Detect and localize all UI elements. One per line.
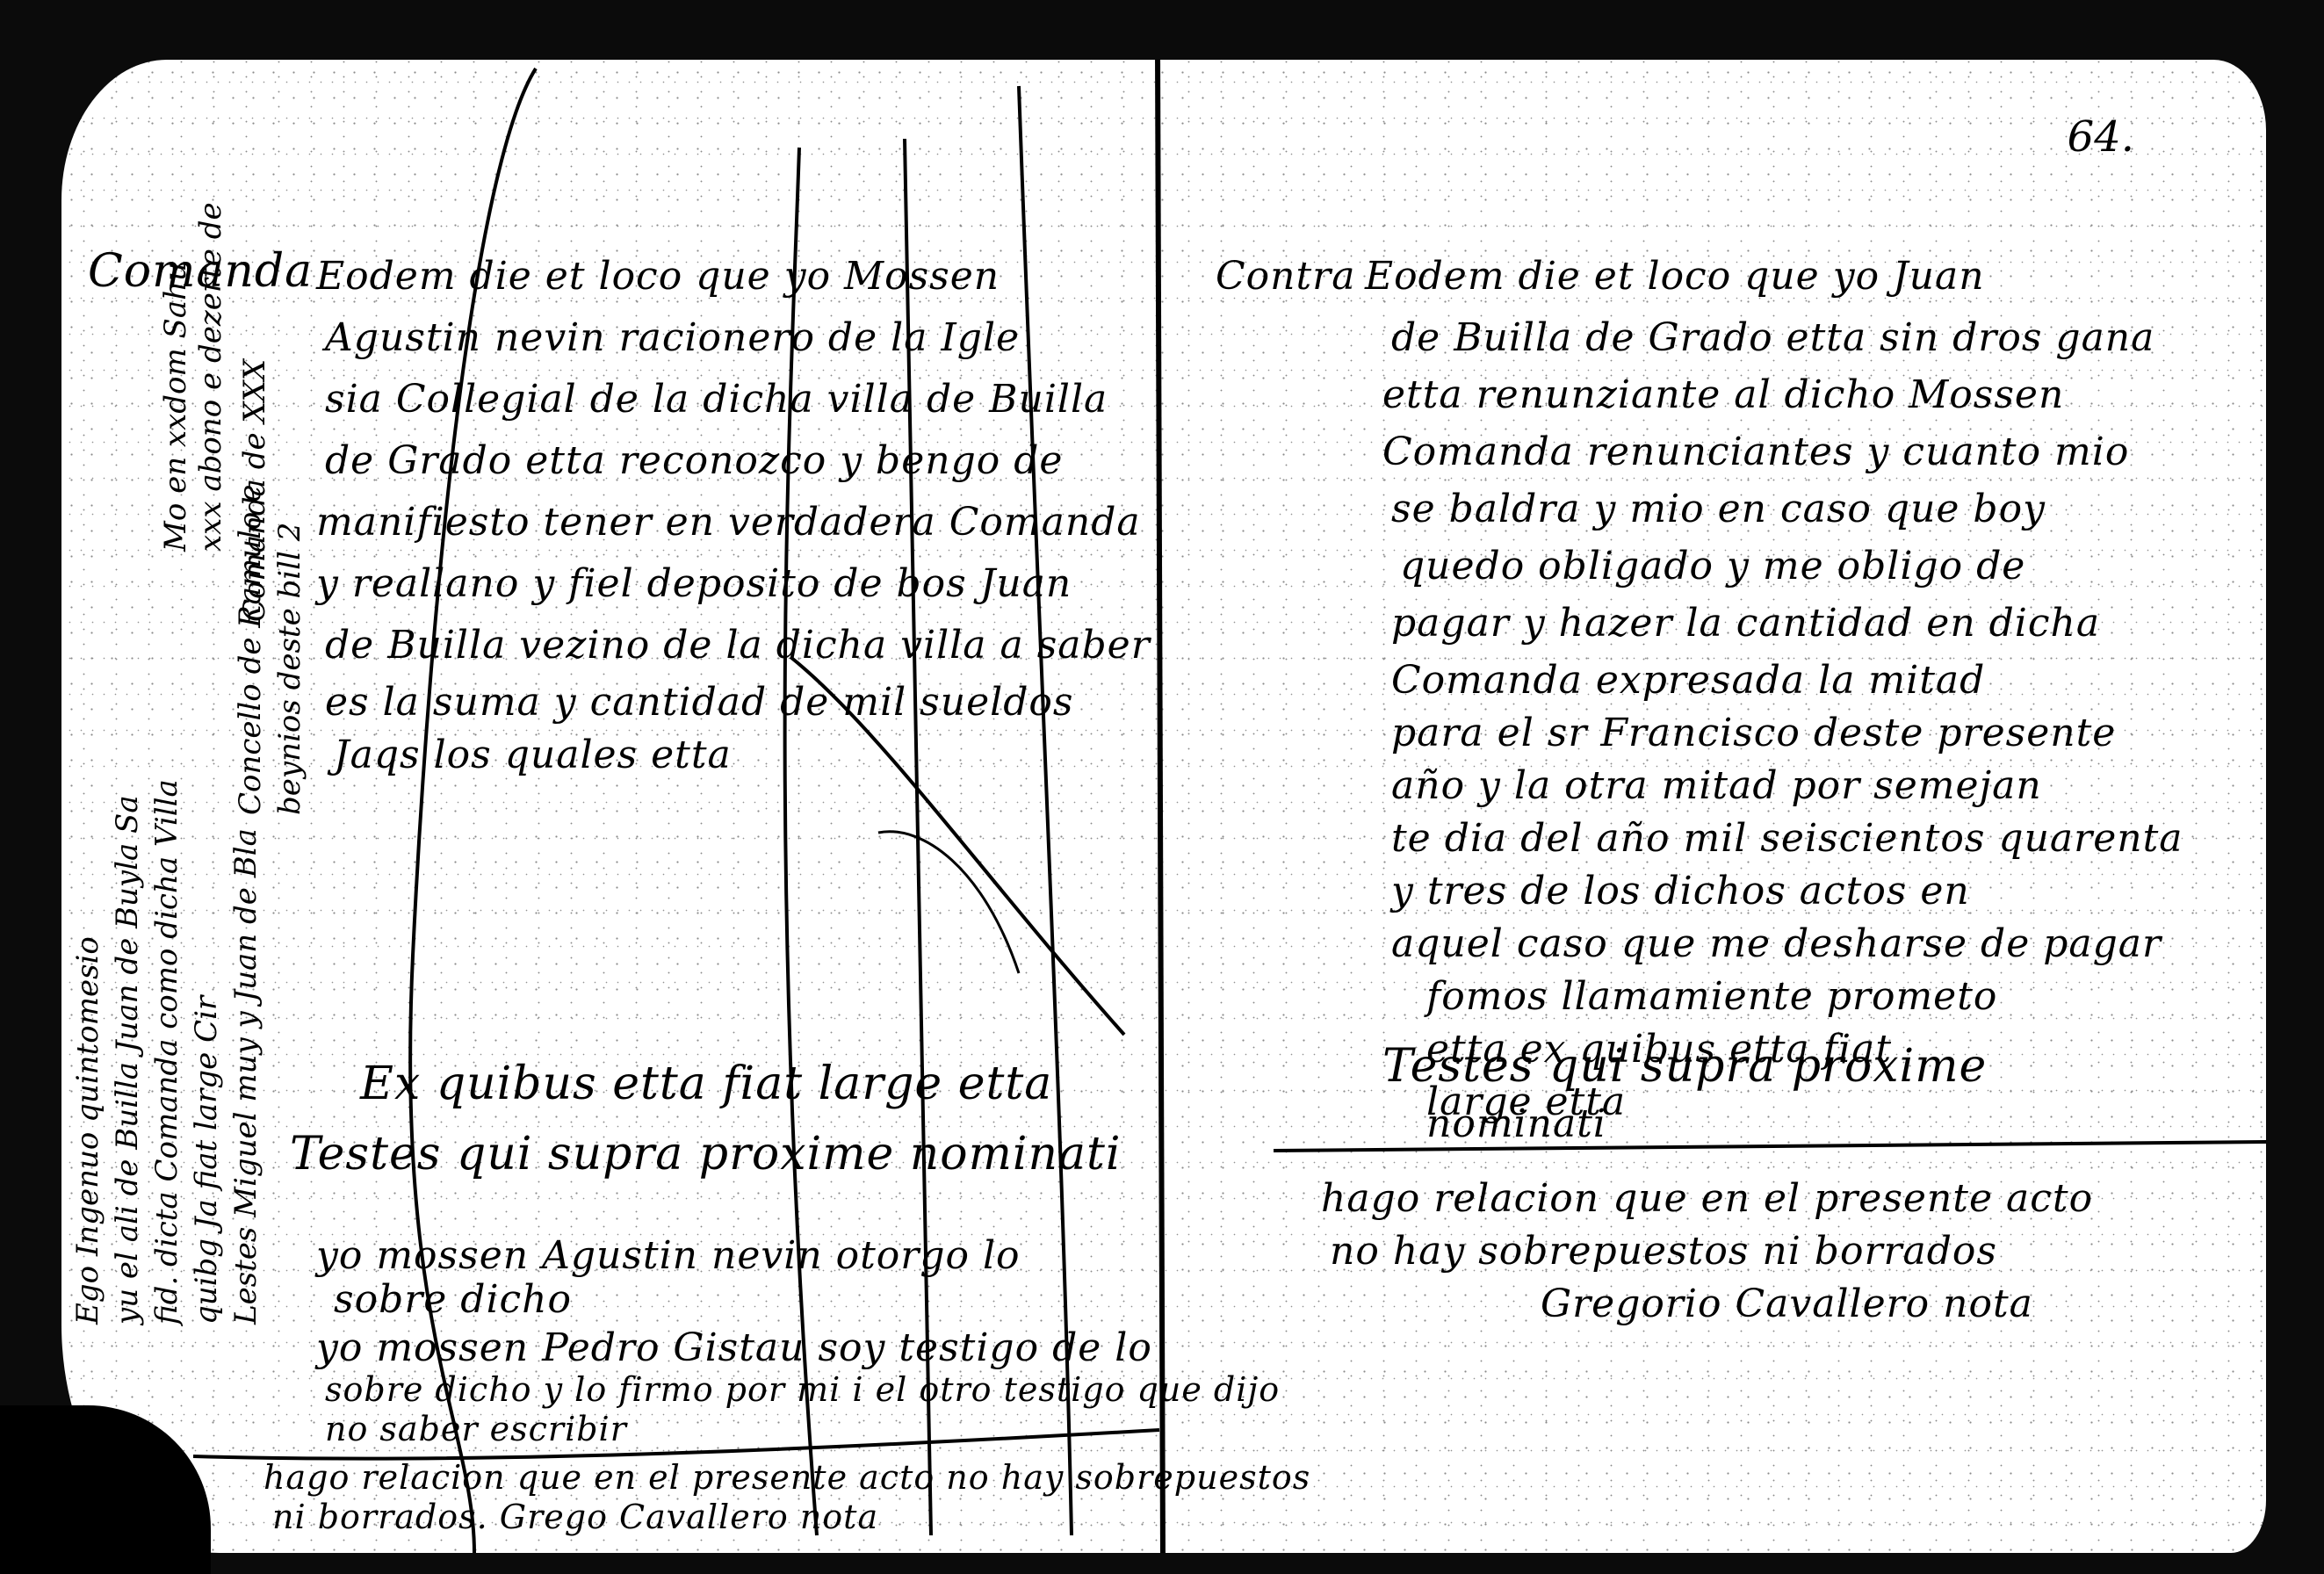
signature-line: sobre dicho y lo firmo por mi i el otro … (325, 1373, 1280, 1406)
signature-line: sobre dicho (334, 1281, 572, 1319)
text-line: año y la otra mitad por semejan (1391, 767, 2042, 805)
closing-line: Testes qui supra proxime (1382, 1043, 1987, 1089)
text-line: Eodem die et loco que yo Mossen (316, 257, 1000, 296)
margin-note: Lestes Miguel muy y Juan de Bla (228, 828, 263, 1325)
signature-line: no saber escribir (325, 1412, 627, 1446)
text-line: Comanda renunciantes y cuanto mio (1382, 433, 2129, 472)
right-page: 64. Contra Eodem die et loco que yo Juan… (1163, 60, 2266, 1553)
signature-line: yo mossen Agustin nevin otorgo lo (316, 1237, 1021, 1275)
margin-note: quibg Ja fiat large Cir (189, 996, 224, 1325)
margin-note: Concello de Ramulo e (233, 485, 268, 815)
notary-note-line: hago relacion que en el presente acto (1321, 1180, 2093, 1218)
text-line: y tres de los dichos actos en (1391, 872, 1970, 911)
text-line: pagar y hazer la cantidad en dicha (1391, 604, 2100, 643)
footer-line: hago relacion que en el presente acto no… (263, 1461, 1310, 1494)
text-line: fomos llamamiente prometo (1426, 978, 1997, 1016)
text-line: Eodem die et loco que yo Juan (1365, 257, 1985, 296)
manuscript-spread: Comanda Comanda de XXX Mo en xxdom Sahu … (61, 60, 2266, 1553)
margin-note: beynios deste bill 2 (272, 523, 307, 815)
text-line: Agustin nevin racionero de la Igle (325, 319, 1020, 357)
text-line: y reallano y fiel deposito de bos Juan (316, 565, 1072, 603)
closing-line: Testes qui supra proxime nominati (290, 1131, 1122, 1177)
closing-line: nominati (1426, 1105, 1606, 1144)
notary-note-line: no hay sobrepuestos ni borrados (1330, 1232, 1997, 1271)
margin-note: Ego Ingenuo quintomesio (70, 936, 105, 1325)
text-line: manifiesto tener en verdadera Comanda (316, 503, 1141, 542)
text-line: aquel caso que me desharse de pagar (1391, 925, 2162, 964)
margin-note: Mo en xxdom Sahu (158, 262, 193, 552)
text-line: se baldra y mio en caso que boy (1391, 490, 2046, 529)
text-line: Comanda expresada la mitad (1391, 661, 1985, 700)
footer-line: ni borrados. Grego Cavallero nota (272, 1500, 878, 1534)
signature-line: yo mossen Pedro Gistau soy testigo de lo (316, 1329, 1152, 1368)
text-line: sia Collegial de la dicha villa de Buill… (325, 380, 1108, 419)
text-line: de Grado etta reconozco y bengo de (325, 442, 1063, 480)
page-number: 64. (2068, 112, 2134, 162)
text-line: de Builla vezino de la dicha villa a sab… (325, 626, 1151, 665)
text-line: Jaqs los quales etta (334, 736, 732, 775)
text-line: quedo obligado y me obligo de (1400, 547, 2025, 586)
text-line: etta renunziante al dicho Mossen (1382, 376, 2064, 415)
margin-note: yu el ali de Builla Juan de Buyla Sa (110, 795, 145, 1325)
closing-line: Ex quibus etta fiat large etta (360, 1061, 1052, 1107)
text-line: es la suma y cantidad de mil sueldos (325, 683, 1073, 722)
text-line: te dia del año mil seiscientos quarenta (1391, 819, 2183, 858)
margin-note: xxx abono e dezerte de (193, 202, 228, 552)
text-line: de Builla de Grado etta sin dros gana (1391, 319, 2154, 357)
notary-signature: Gregorio Cavallero nota (1541, 1285, 2033, 1324)
margin-heading: Contra (1216, 257, 1355, 296)
left-page: Comanda Comanda de XXX Mo en xxdom Sahu … (61, 60, 1158, 1553)
text-line: para el sr Francisco deste presente (1391, 714, 2116, 753)
margin-note: fid. dicta Comanda como dicha Villa (149, 779, 184, 1325)
